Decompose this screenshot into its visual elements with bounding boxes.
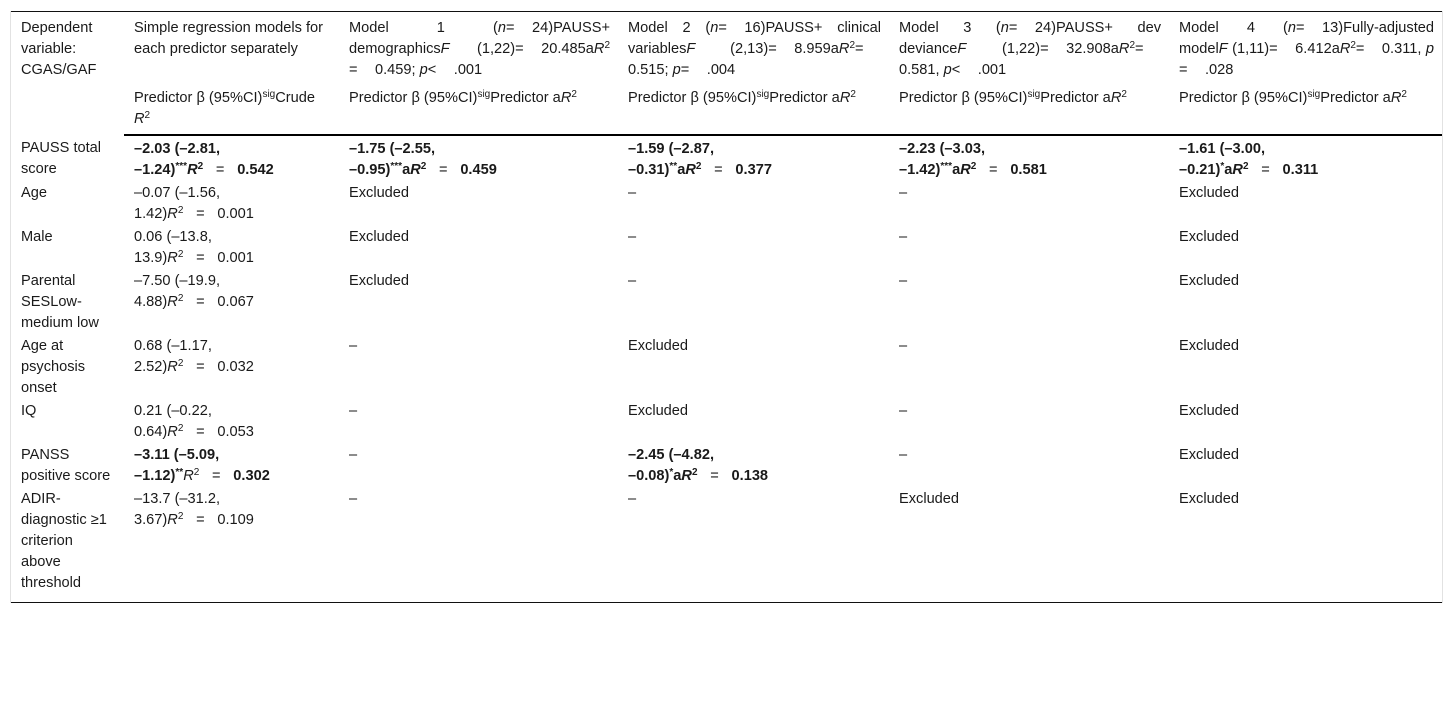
r-symbol: R xyxy=(167,206,178,222)
r-symbol: R xyxy=(1391,90,1402,106)
f-symbol: F xyxy=(957,41,966,57)
table-cell: Excluded xyxy=(618,335,889,400)
table-row: Parental SESLow-medium low–7.50 (–19.9,4… xyxy=(11,270,1442,335)
table-cell: – xyxy=(339,444,618,488)
f-symbol: F xyxy=(441,41,450,57)
r-symbol: R xyxy=(594,41,605,57)
equals: = xyxy=(718,18,744,39)
table-cell: – xyxy=(889,226,1169,270)
n-symbol: n xyxy=(710,20,718,36)
estimate: –2.45 (–4.82,–0.08)*aR2=0.138 xyxy=(628,447,768,484)
predictor-label: IQ xyxy=(11,400,124,444)
equals: = xyxy=(183,422,217,443)
table-cell: – xyxy=(618,226,889,270)
table-cell: – xyxy=(889,270,1169,335)
significance-stars: *** xyxy=(940,161,952,172)
predictor-label: Parental SESLow-medium low xyxy=(11,270,124,335)
estimate: –1.75 (–2.55,–0.95)***aR2=0.459 xyxy=(349,141,497,178)
estimate: –1.59 (–2.87,–0.31)**aR2=0.377 xyxy=(628,141,772,178)
subheader-col-3: Predictor β (95%CI)sigPredictor aR2 xyxy=(889,85,1169,135)
significance-stars: ** xyxy=(669,161,677,172)
table-cell: Excluded xyxy=(1169,182,1442,226)
superscript: sig xyxy=(1027,89,1040,100)
equals: = xyxy=(701,160,735,181)
table-cell: – xyxy=(339,335,618,400)
table-cell: – xyxy=(889,182,1169,226)
superscript: sig xyxy=(477,89,490,100)
table-cell: – xyxy=(618,488,889,603)
table-cell: Excluded xyxy=(618,400,889,444)
estimate: 0.06 (–13.8,13.9)R2=0.001 xyxy=(134,229,254,266)
superscript: 2 xyxy=(145,110,151,121)
estimate: –1.61 (–3.00,–0.21)*aR2=0.311 xyxy=(1179,141,1318,178)
header-row-subheaders: Predictor β (95%CI)sigCrude R2Predictor … xyxy=(11,85,1442,135)
equals: = xyxy=(199,466,233,487)
equals: = xyxy=(183,204,217,225)
subheader-col-0: Predictor β (95%CI)sigCrude R2 xyxy=(124,85,339,135)
r-symbol: R xyxy=(1232,162,1243,178)
operator: < xyxy=(952,60,978,81)
predictor-label: ADIR-diagnostic ≥1 criterion above thres… xyxy=(11,488,124,603)
equals: = xyxy=(1269,39,1295,60)
table-cell: –1.75 (–2.55,–0.95)***aR2=0.459 xyxy=(339,135,618,182)
table-cell: Excluded xyxy=(1169,270,1442,335)
r-symbol: R xyxy=(167,512,178,528)
operator: = xyxy=(681,60,707,81)
r-symbol: R xyxy=(685,162,696,178)
table-cell: –3.11 (–5.09,–1.12)**R2=0.302 xyxy=(124,444,339,488)
superscript: 2 xyxy=(571,89,577,100)
table-cell: – xyxy=(339,488,618,603)
p-symbol: p xyxy=(673,62,681,78)
table-cell: Excluded xyxy=(339,226,618,270)
equals: = xyxy=(349,60,375,81)
regression-table: Dependent variable: CGAS/GAF Simple regr… xyxy=(11,11,1442,603)
superscript: sig xyxy=(756,89,769,100)
table-row: Male0.06 (–13.8,13.9)R2=0.001Excluded––E… xyxy=(11,226,1442,270)
r-symbol: R xyxy=(410,162,421,178)
estimate: –13.7 (–31.2,3.67)R2=0.109 xyxy=(134,491,254,528)
table-cell: Excluded xyxy=(339,270,618,335)
r-symbol: R xyxy=(1340,41,1351,57)
r-symbol: R xyxy=(840,90,851,106)
table-row: Age–0.07 (–1.56,1.42)R2=0.001Excluded––E… xyxy=(11,182,1442,226)
table-row: IQ0.21 (–0.22,0.64)R2=0.053–Excluded–Exc… xyxy=(11,400,1442,444)
dependent-variable-header: Dependent variable: CGAS/GAF xyxy=(11,12,124,136)
estimate: –2.23 (–3.03,–1.42)***aR2=0.581 xyxy=(899,141,1047,178)
r-symbol: R xyxy=(167,359,178,375)
equals: = xyxy=(506,18,532,39)
table-cell: – xyxy=(618,182,889,226)
equals: = xyxy=(855,39,881,60)
r-symbol: R xyxy=(167,294,178,310)
operator: = xyxy=(1179,60,1205,81)
table-cell: Excluded xyxy=(1169,226,1442,270)
equals: = xyxy=(1249,160,1283,181)
r-symbol: R xyxy=(183,468,194,484)
table-cell: Excluded xyxy=(1169,400,1442,444)
table-cell: Excluded xyxy=(1169,335,1442,400)
r-symbol: R xyxy=(1119,41,1130,57)
table-cell: Excluded xyxy=(1169,444,1442,488)
r-symbol: R xyxy=(187,162,198,178)
table-cell: – xyxy=(339,400,618,444)
r-symbol: R xyxy=(960,162,971,178)
predictor-label: Age at psychosis onset xyxy=(11,335,124,400)
p-symbol: p xyxy=(1426,41,1434,57)
equals: = xyxy=(183,292,217,313)
equals: = xyxy=(183,248,217,269)
estimate: –0.07 (–1.56,1.42)R2=0.001 xyxy=(134,185,254,222)
table-cell: 0.06 (–13.8,13.9)R2=0.001 xyxy=(124,226,339,270)
table-cell: –2.45 (–4.82,–0.08)*aR2=0.138 xyxy=(618,444,889,488)
table-cell: Excluded xyxy=(889,488,1169,603)
estimate: –7.50 (–19.9,4.88)R2=0.067 xyxy=(134,273,254,310)
r-symbol: R xyxy=(561,90,572,106)
equals: = xyxy=(1296,18,1322,39)
simple-regression-header: Simple regression models for each predic… xyxy=(124,12,339,86)
table-cell: –1.59 (–2.87,–0.31)**aR2=0.377 xyxy=(618,135,889,182)
regression-table-container: Dependent variable: CGAS/GAF Simple regr… xyxy=(10,11,1443,603)
predictor-label: PAUSS total score xyxy=(11,135,124,182)
equals: = xyxy=(976,160,1010,181)
estimate: –2.03 (–2.81,–1.24)***R2=0.542 xyxy=(134,141,274,178)
table-cell: –2.23 (–3.03,–1.42)***aR2=0.581 xyxy=(889,135,1169,182)
equals: = xyxy=(183,510,217,531)
estimate: 0.21 (–0.22,0.64)R2=0.053 xyxy=(134,403,254,440)
table-cell: 0.21 (–0.22,0.64)R2=0.053 xyxy=(124,400,339,444)
table-cell: – xyxy=(618,270,889,335)
table-cell: –0.07 (–1.56,1.42)R2=0.001 xyxy=(124,182,339,226)
operator: < xyxy=(428,60,454,81)
subheader-col-1: Predictor β (95%CI)sigPredictor aR2 xyxy=(339,85,618,135)
table-cell: – xyxy=(889,444,1169,488)
equals: = xyxy=(515,39,541,60)
r-symbol: R xyxy=(1111,90,1122,106)
model-4-header: Model 4 (n=13)Fully-adjusted modelF (1,1… xyxy=(1169,12,1442,86)
superscript: 2 xyxy=(1121,89,1127,100)
equals: = xyxy=(1135,39,1161,60)
predictor-label: PANSS positive score xyxy=(11,444,124,488)
table-cell: Excluded xyxy=(1169,488,1442,603)
n-symbol: n xyxy=(1288,20,1296,36)
subheader-col-4: Predictor β (95%CI)sigPredictor aR2 xyxy=(1169,85,1442,135)
r-symbol: R xyxy=(167,424,178,440)
header-row-models: Dependent variable: CGAS/GAF Simple regr… xyxy=(11,12,1442,86)
r-symbol: R xyxy=(134,111,145,127)
equals: = xyxy=(183,357,217,378)
table-cell: –7.50 (–19.9,4.88)R2=0.067 xyxy=(124,270,339,335)
significance-stars: *** xyxy=(390,161,402,172)
table-cell: – xyxy=(889,335,1169,400)
equals: = xyxy=(698,466,732,487)
table-row: Age at psychosis onset0.68 (–1.17,2.52)R… xyxy=(11,335,1442,400)
f-symbol: F xyxy=(686,41,695,57)
r-symbol: R xyxy=(681,468,692,484)
subheader-col-2: Predictor β (95%CI)sigPredictor aR2 xyxy=(618,85,889,135)
superscript: 2 xyxy=(604,40,610,51)
n-symbol: n xyxy=(1001,20,1009,36)
equals: = xyxy=(1040,39,1066,60)
superscript: sig xyxy=(262,89,275,100)
r-symbol: R xyxy=(839,41,850,57)
table-cell: –2.03 (–2.81,–1.24)***R2=0.542 xyxy=(124,135,339,182)
significance-stars: * xyxy=(1220,161,1224,172)
table-row: PAUSS total score–2.03 (–2.81,–1.24)***R… xyxy=(11,135,1442,182)
equals: = xyxy=(203,160,237,181)
r-symbol: R xyxy=(167,250,178,266)
table-body: PAUSS total score–2.03 (–2.81,–1.24)***R… xyxy=(11,135,1442,603)
predictor-label: Male xyxy=(11,226,124,270)
significance-stars: * xyxy=(669,467,673,478)
equals: = xyxy=(1356,39,1382,60)
n-symbol: n xyxy=(498,20,506,36)
model-2-header: Model 2 (n=16)PAUSS+ clinical variablesF… xyxy=(618,12,889,86)
superscript: 2 xyxy=(850,89,856,100)
table-cell: 0.68 (–1.17,2.52)R2=0.032 xyxy=(124,335,339,400)
estimate: –3.11 (–5.09,–1.12)**R2=0.302 xyxy=(134,447,270,484)
estimate: 0.68 (–1.17,2.52)R2=0.032 xyxy=(134,338,254,375)
table-cell: – xyxy=(889,400,1169,444)
significance-stars: *** xyxy=(175,161,187,172)
table-cell: –1.61 (–3.00,–0.21)*aR2=0.311 xyxy=(1169,135,1442,182)
equals: = xyxy=(768,39,794,60)
model-1-header: Model 1 (n=24)PAUSS+ demographicsF (1,22… xyxy=(339,12,618,86)
superscript: sig xyxy=(1307,89,1320,100)
model-3-header: Model 3 (n=24)PAUSS+ dev devianceF (1,22… xyxy=(889,12,1169,86)
table-row: ADIR-diagnostic ≥1 criterion above thres… xyxy=(11,488,1442,603)
equals: = xyxy=(1009,18,1035,39)
p-symbol: p xyxy=(944,62,952,78)
equals: = xyxy=(426,160,460,181)
superscript: 2 xyxy=(1401,89,1407,100)
predictor-label: Age xyxy=(11,182,124,226)
p-symbol: p xyxy=(420,62,428,78)
table-row: PANSS positive score–3.11 (–5.09,–1.12)*… xyxy=(11,444,1442,488)
f-symbol: F xyxy=(1219,41,1228,57)
table-cell: Excluded xyxy=(339,182,618,226)
table-cell: –13.7 (–31.2,3.67)R2=0.109 xyxy=(124,488,339,603)
